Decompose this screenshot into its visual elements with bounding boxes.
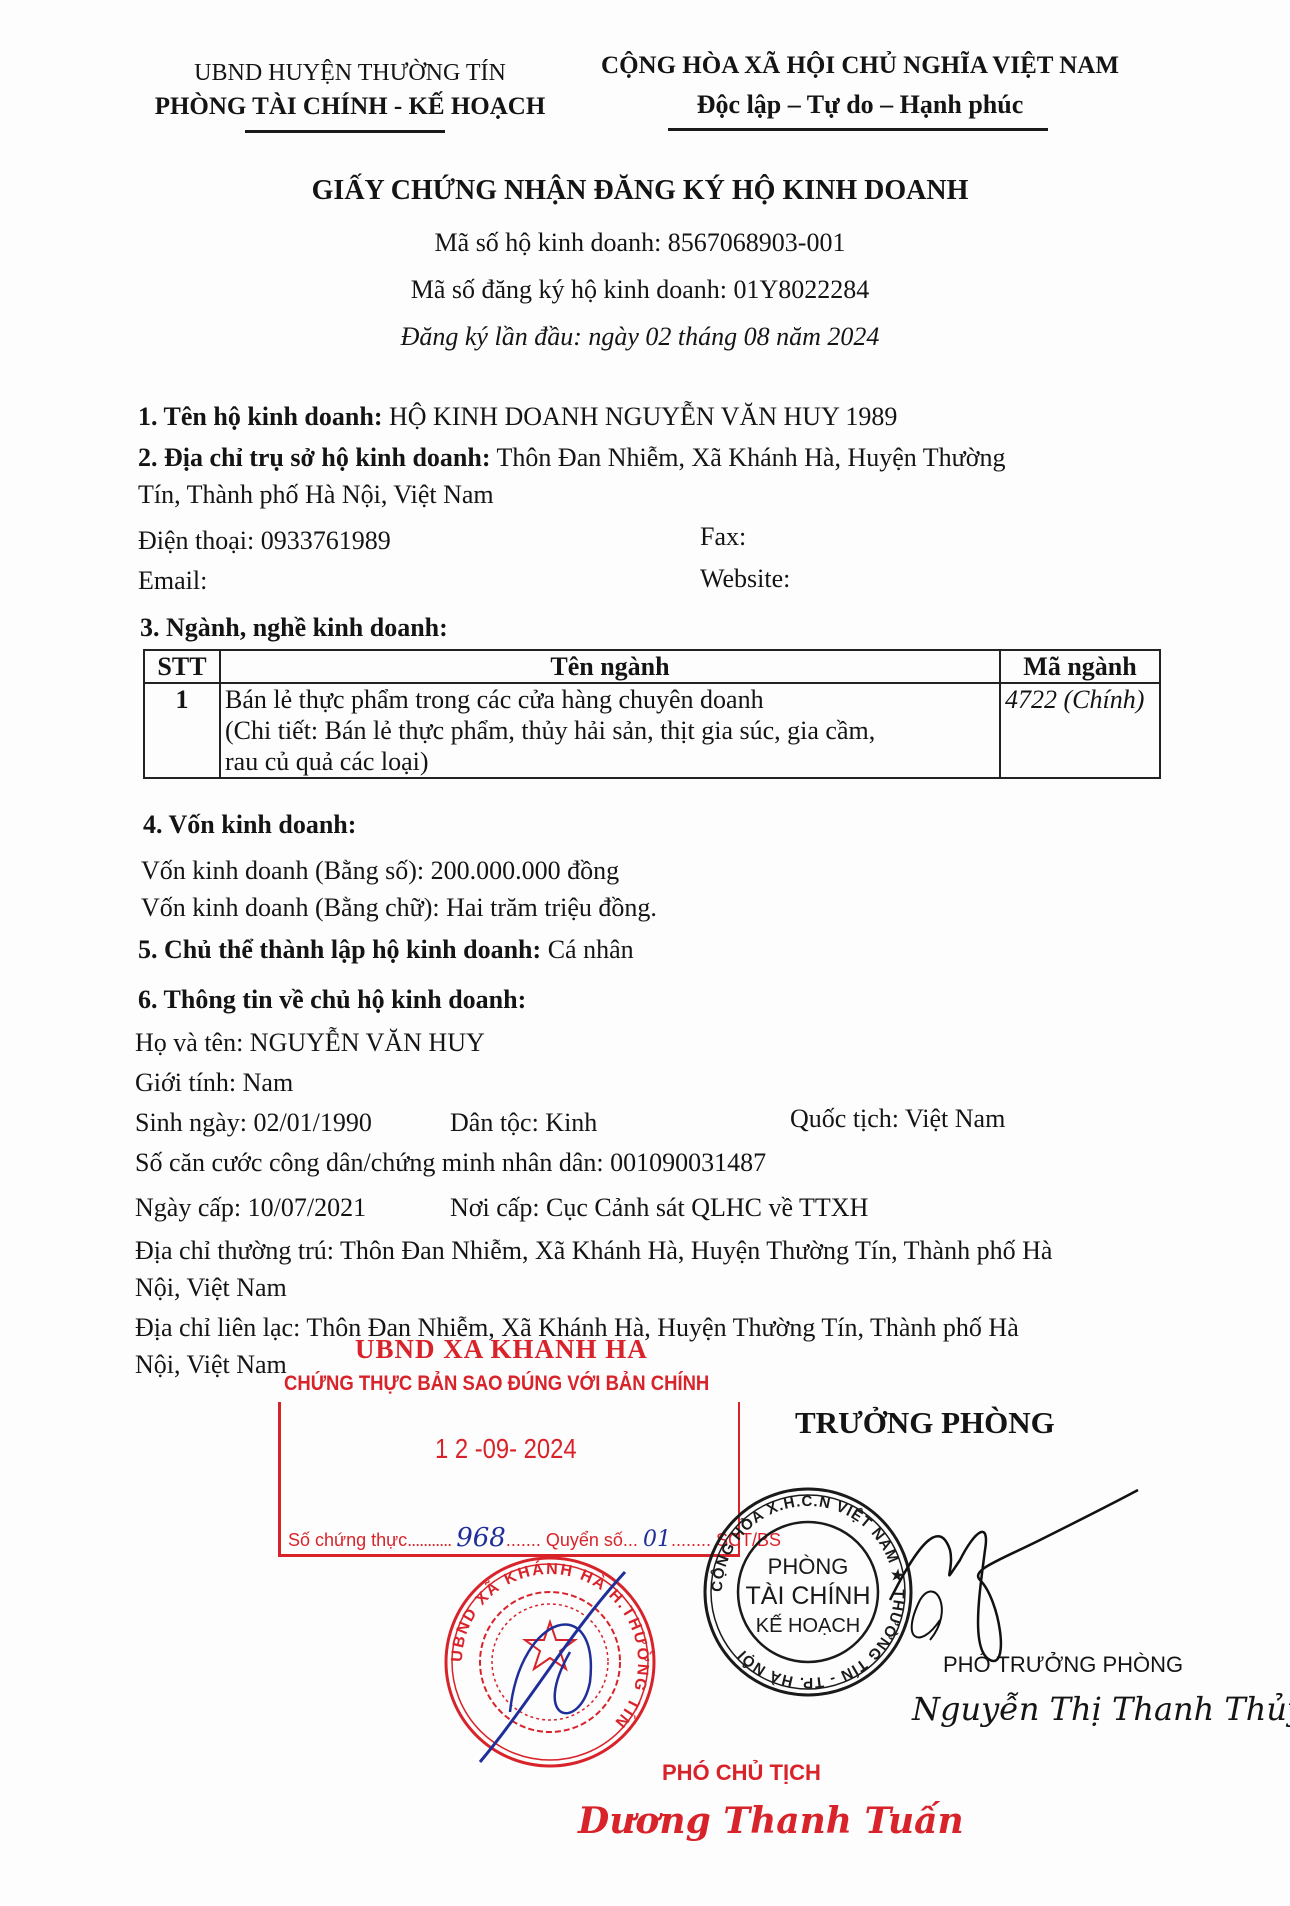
- signer-name: Nguyễn Thị Thanh Thủy: [912, 1690, 1290, 1728]
- issuer-line2: PHÒNG TÀI CHÍNH - KẾ HOẠCH: [140, 93, 560, 121]
- book-label: Quyển số: [546, 1530, 623, 1550]
- row-name-line2: (Chi tiết: Bán lẻ thực phẩm, thủy hải sả…: [225, 715, 995, 746]
- owner-nationality: Quốc tịch: Việt Nam: [790, 1104, 1005, 1134]
- document-title: GIẤY CHỨNG NHẬN ĐĂNG KÝ HỘ KINH DOANH: [250, 175, 1030, 207]
- cert-stamp-date: 1 2 -09- 2024: [435, 1433, 577, 1465]
- cert-stamp-line2: CHỨNG THỰC BẢN SAO ĐÚNG VỚI BẢN CHÍNH: [284, 1372, 709, 1396]
- table-row: 1 Bán lẻ thực phẩm trong các cửa hàng ch…: [144, 683, 1160, 778]
- owner-gender: Giới tính: Nam: [135, 1068, 293, 1098]
- founder-type: Cá nhân: [548, 935, 634, 964]
- address-line1: Thôn Đan Nhiễm, Xã Khánh Hà, Huyện Thườn…: [497, 443, 1006, 472]
- national-title: CỘNG HÒA XÃ HỘI CHỦ NGHĨA VIỆT NAM: [580, 52, 1140, 80]
- col-name: Tên ngành: [220, 650, 1000, 683]
- motto-underline: [668, 128, 1048, 131]
- email: Email:: [138, 566, 207, 596]
- issuer-underline: [245, 130, 445, 133]
- address-line2: Tín, Thành phố Hà Nội, Việt Nam: [138, 480, 494, 510]
- permanent-address-line2: Nội, Việt Nam: [135, 1273, 287, 1303]
- fax: Fax:: [700, 522, 746, 552]
- business-lines-table: STT Tên ngành Mã ngành 1 Bán lẻ thực phẩ…: [143, 649, 1161, 779]
- section-3-label: 3. Ngành, nghề kinh doanh:: [140, 613, 448, 643]
- row-stt: 1: [144, 683, 220, 778]
- phone: Điện thoại: 0933761989: [138, 526, 391, 556]
- row-name-line1: Bán lẻ thực phẩm trong các cửa hàng chuy…: [225, 684, 995, 715]
- id-issue-date: Ngày cấp: 10/07/2021: [135, 1193, 366, 1223]
- book-value: 01: [643, 1527, 671, 1552]
- owner-dob: Sinh ngày: 02/01/1990: [135, 1108, 372, 1138]
- section-address: 2. Địa chỉ trụ sở hộ kinh doanh: Thôn Đa…: [138, 443, 1006, 473]
- cert-no-value: 968: [456, 1523, 506, 1553]
- capital-numbers: Vốn kinh doanh (Bằng số): 200.000.000 đồ…: [141, 856, 619, 886]
- owner-id-number: Số căn cước công dân/chứng minh nhân dân…: [135, 1148, 766, 1178]
- signature-heading: TRƯỞNG PHÒNG: [795, 1405, 1055, 1441]
- handwritten-signature: [880, 1480, 1140, 1680]
- owner-name: Họ và tên: NGUYỄN VĂN HUY: [135, 1028, 485, 1058]
- section-6-label: 6. Thông tin về chủ hộ kinh doanh:: [138, 985, 526, 1015]
- col-code: Mã ngành: [1000, 650, 1160, 683]
- red-signer-name: Dương Thanh Tuấn: [578, 1800, 964, 1842]
- cert-stamp-line1: UBND XA KHANH HA: [355, 1334, 648, 1365]
- section-1-label: 1. Tên hộ kinh doanh:: [138, 402, 382, 431]
- first-registration-date: Đăng ký lần đầu: ngày 02 tháng 08 năm 20…: [250, 322, 1030, 352]
- row-name: Bán lẻ thực phẩm trong các cửa hàng chuy…: [220, 683, 1000, 778]
- business-name: HỘ KINH DOANH NGUYỄN VĂN HUY 1989: [389, 402, 897, 431]
- section-4-label: 4. Vốn kinh doanh:: [143, 810, 356, 840]
- section-2-label: 2. Địa chỉ trụ sở hộ kinh doanh:: [138, 443, 491, 472]
- capital-words: Vốn kinh doanh (Bằng chữ): Hai trăm triệ…: [141, 893, 657, 923]
- business-code: Mã số hộ kinh doanh: 8567068903-001: [250, 228, 1030, 258]
- seal-line3: KẾ HOẠCH: [756, 1614, 860, 1637]
- table-header-row: STT Tên ngành Mã ngành: [144, 650, 1160, 683]
- col-stt: STT: [144, 650, 220, 683]
- row-code: 4722 (Chính): [1000, 683, 1160, 778]
- website: Website:: [700, 564, 790, 594]
- owner-ethnicity: Dân tộc: Kinh: [450, 1108, 597, 1138]
- contact-address-line2: Nội, Việt Nam: [135, 1350, 287, 1380]
- national-motto: Độc lập – Tự do – Hạnh phúc: [620, 90, 1100, 120]
- signer-title: PHÓ TRƯỞNG PHÒNG: [943, 1652, 1183, 1678]
- row-name-line3: rau củ quả các loại): [225, 746, 995, 777]
- cert-no-label: Số chứng thực: [288, 1530, 407, 1550]
- issuer-line1: UBND HUYỆN THƯỜNG TÍN: [160, 60, 540, 87]
- seal-line1: PHÒNG: [768, 1554, 849, 1579]
- section-5-label: 5. Chủ thể thành lập hộ kinh doanh:: [138, 935, 541, 964]
- red-commune-seal: UBND XÃ KHÁNH HÀ H.THƯỜNG TÍN: [440, 1552, 660, 1772]
- permanent-address-line1: Địa chỉ thường trú: Thôn Đan Nhiễm, Xã K…: [135, 1236, 1052, 1266]
- id-issue-place: Nơi cấp: Cục Cảnh sát QLHC về TTXH: [450, 1193, 868, 1223]
- seal-line2: TÀI CHÍNH: [746, 1581, 871, 1610]
- section-founder-type: 5. Chủ thể thành lập hộ kinh doanh: Cá n…: [138, 935, 634, 965]
- section-business-name: 1. Tên hộ kinh doanh: HỘ KINH DOANH NGUY…: [138, 402, 897, 432]
- registration-code: Mã số đăng ký hộ kinh doanh: 01Y8022284: [250, 275, 1030, 305]
- red-signer-title: PHÓ CHỦ TỊCH: [662, 1760, 821, 1786]
